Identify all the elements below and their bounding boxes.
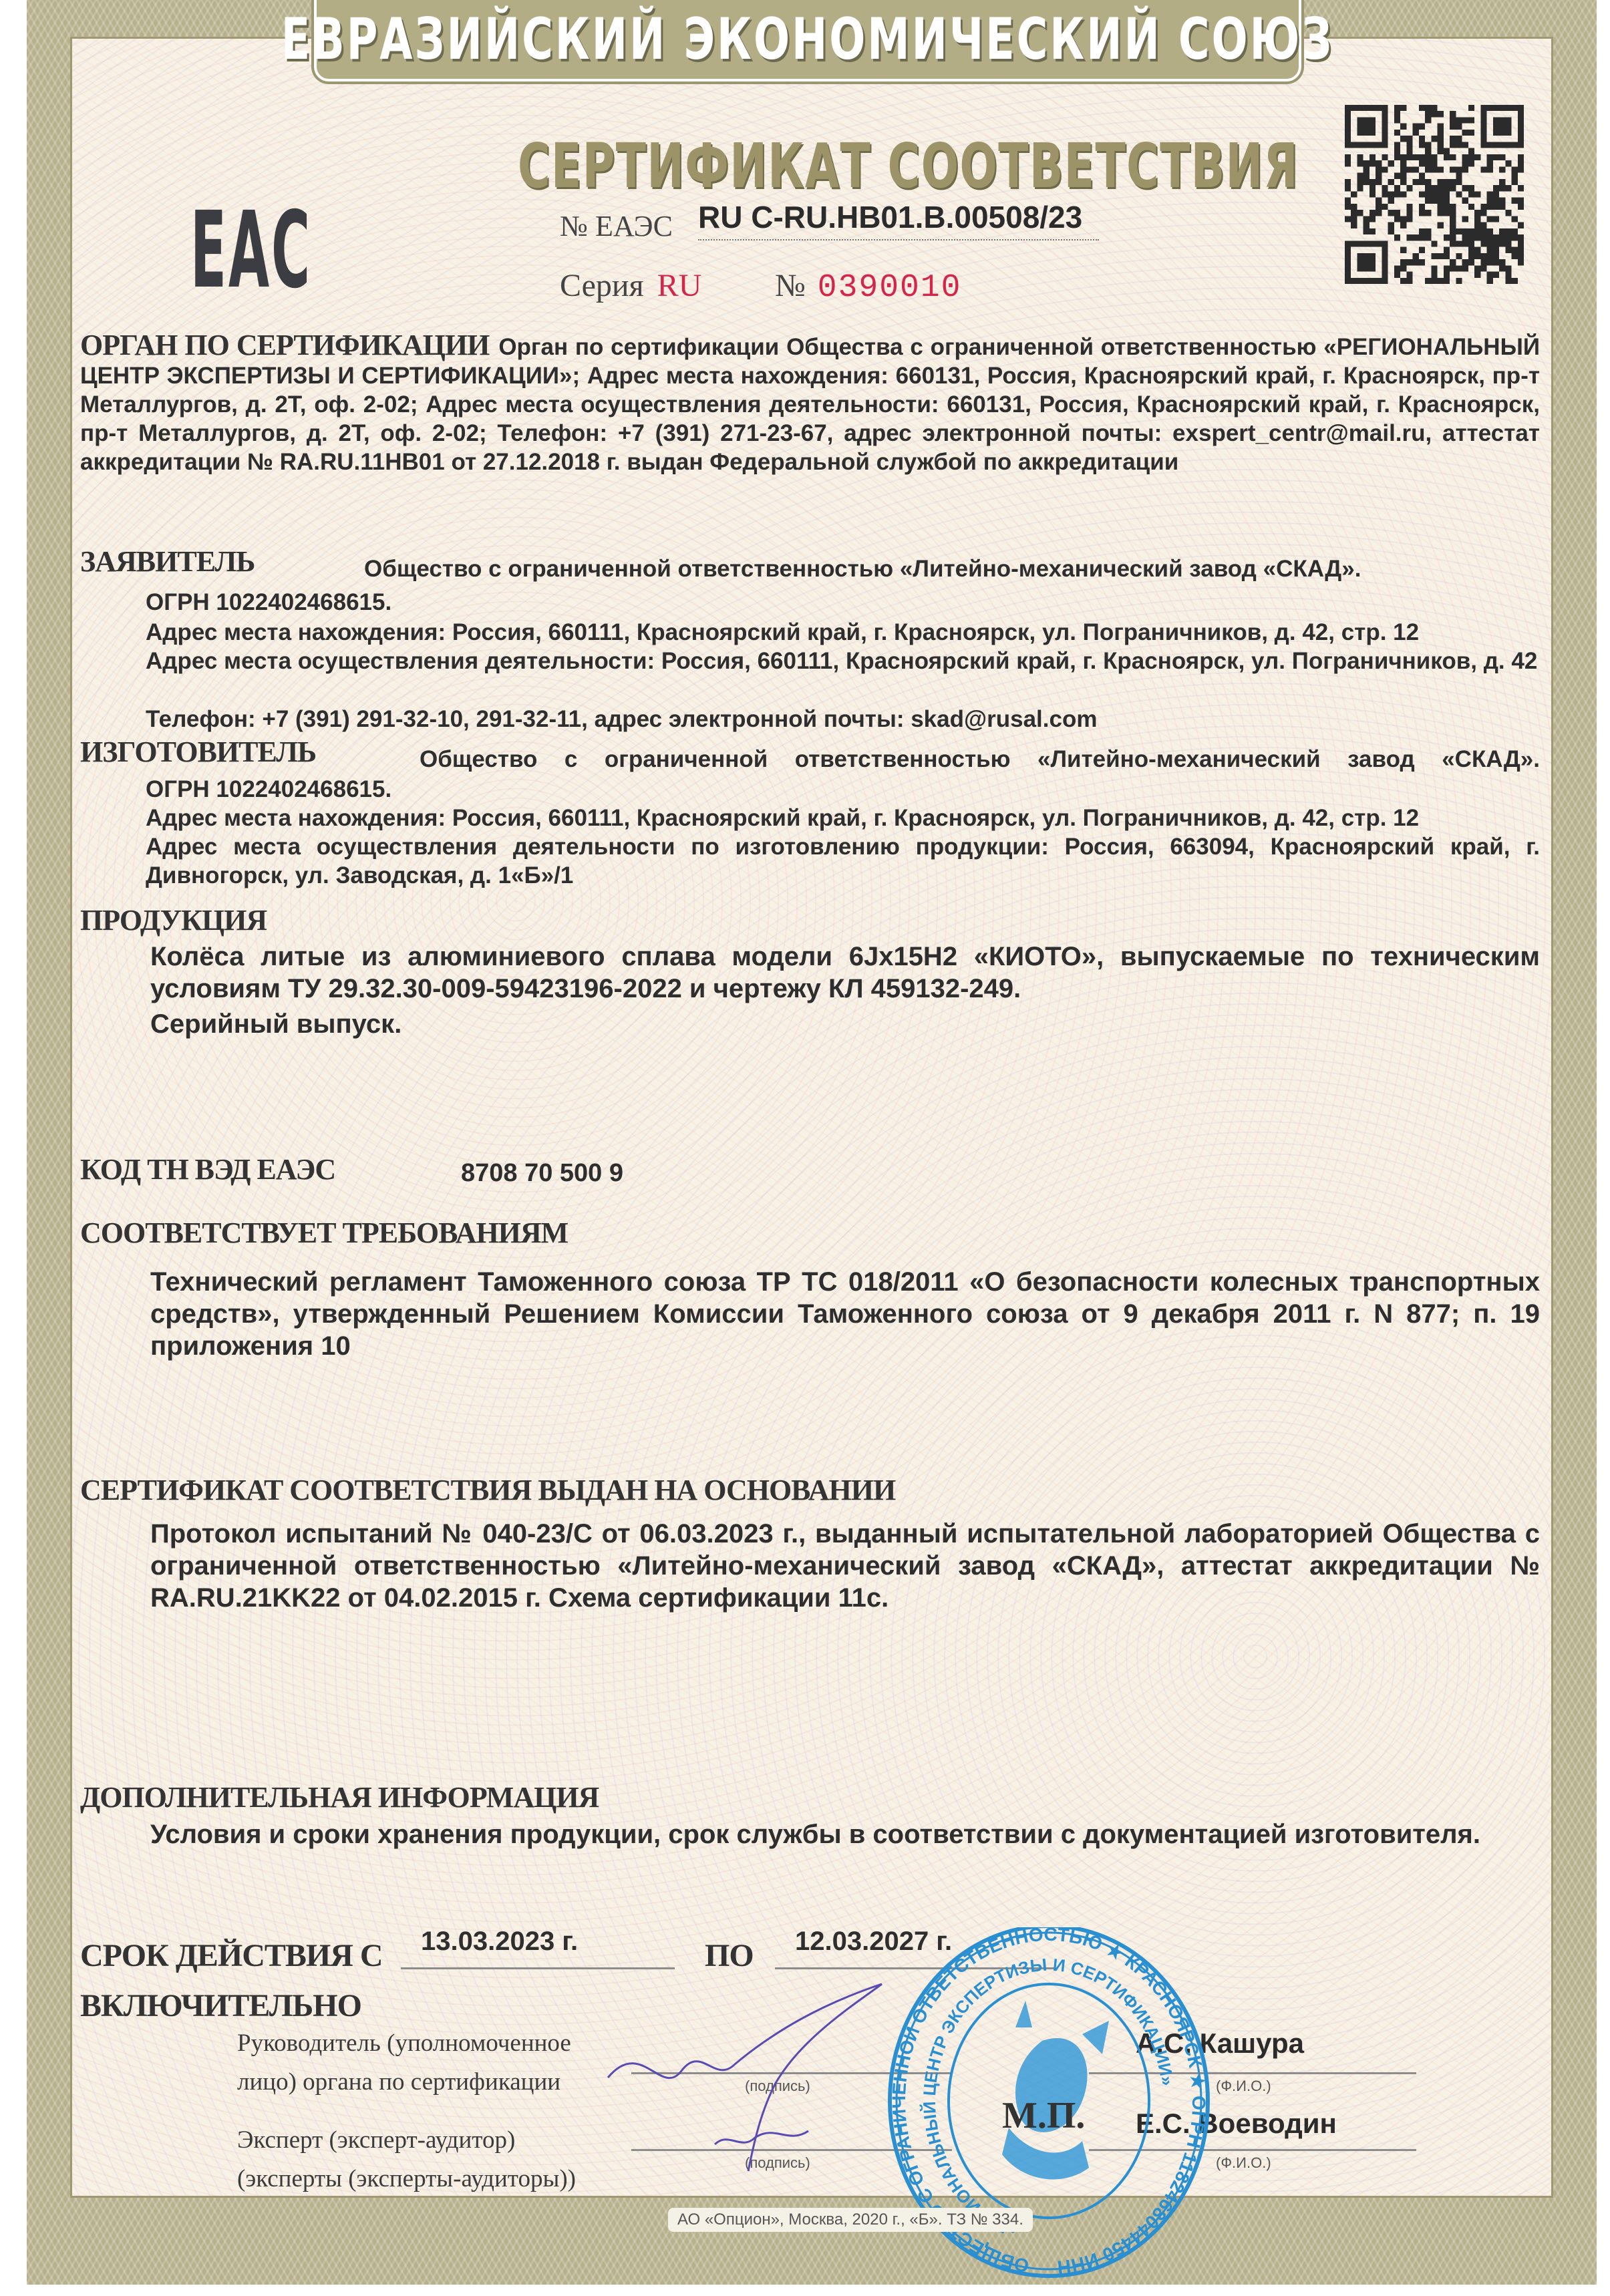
validity-inclusive-label: ВКЛЮЧИТЕЛЬНО	[80, 1987, 361, 2024]
validity-from-underline	[401, 1967, 675, 1969]
union-title: ЕВРАЗИЙСКИЙ ЭКОНОМИЧЕСКИЙ СОЮЗ	[281, 6, 1334, 73]
manufacturer-ogrn: ОГРН 1022402468615.	[146, 775, 391, 804]
applicant-legal-address: Адрес места нахождения: Россия, 660111, …	[146, 618, 1540, 647]
qr-code-icon	[1344, 105, 1524, 284]
hs-code-value: 8708 70 500 9	[461, 1159, 623, 1188]
eac-logo-icon: ЕАС	[190, 189, 312, 312]
hs-code-heading: КОД ТН ВЭД ЕАЭС	[80, 1152, 335, 1186]
product-description: Колёса литые из алюминиевого сплава моде…	[150, 941, 1540, 1005]
manufacturer-heading: ИЗГОТОВИТЕЛЬ	[80, 735, 316, 769]
applicant-ogrn: ОГРН 1022402468615.	[146, 588, 391, 617]
printer-imprint: АО «Опцион», Москва, 2020 г., «Б». ТЗ № …	[668, 2208, 1033, 2232]
document-title: СЕРТИФИКАТ СООТВЕТСТВИЯ	[518, 130, 1119, 202]
manufacturer-name: Общество с ограниченной ответственностью…	[420, 745, 1540, 774]
additional-info-heading: ДОПОЛНИТЕЛЬНАЯ ИНФОРМАЦИЯ	[80, 1780, 599, 1814]
official-seal-icon: ОБЩЕСТВО С ОГРАНИЧЕННОЙ ОТВЕТСТВЕННОСТЬЮ…	[882, 1927, 1216, 2296]
product-production-type: Серийный выпуск.	[150, 1010, 401, 1039]
applicant-contacts: Телефон: +7 (391) 291-32-10, 291-32-11, …	[146, 705, 1540, 733]
head-name-caption: (Ф.И.О.)	[1216, 2078, 1271, 2095]
additional-info-text: Условия и сроки хранения продукции, срок…	[150, 1818, 1540, 1850]
basis-heading: СЕРТИФИКАТ СООТВЕТСТВИЯ ВЫДАН НА ОСНОВАН…	[80, 1473, 895, 1507]
manufacturer-production-address: Адрес места осуществления деятельности п…	[146, 832, 1540, 890]
applicant-heading: ЗАЯВИТЕЛЬ	[80, 544, 255, 579]
validity-from-label: СРОК ДЕЙСТВИЯ С	[80, 1937, 383, 1974]
applicant-activity-address: Адрес места осуществления деятельности: …	[146, 647, 1540, 675]
series-value: RU	[657, 268, 702, 303]
series: СерияRU	[560, 267, 701, 304]
form-number: №0390010	[775, 267, 961, 306]
form-number-label: №	[775, 268, 806, 303]
certificate-number-label: № ЕАЭС	[560, 209, 673, 243]
manufacturer-legal-address: Адрес места нахождения: Россия, 660111, …	[146, 804, 1540, 832]
head-label: Руководитель (уполномоченное лицо) орган…	[237, 2024, 571, 2102]
basis-text: Протокол испытаний № 040-23/С от 06.03.2…	[150, 1518, 1540, 1614]
validity-date-from: 13.03.2023 г.	[421, 1927, 578, 1956]
form-number-value: 0390010	[818, 270, 962, 306]
expert-label: Эксперт (эксперт-аудитор) (эксперты (экс…	[237, 2121, 576, 2198]
union-banner: ЕВРАЗИЙСКИЙ ЭКОНОМИЧЕСКИЙ СОЮЗ	[314, 0, 1301, 81]
certification-body-heading: ОРГАН ПО СЕРТИФИКАЦИИ	[80, 329, 489, 361]
certification-body-section: ОРГАН ПО СЕРТИФИКАЦИИОрган по сертификац…	[80, 331, 1540, 476]
validity-to-label: ПО	[705, 1937, 754, 1974]
certificate-number: RU C-RU.HB01.B.00508/23	[698, 199, 1082, 235]
number-underline	[698, 239, 1099, 240]
svg-text:М.П.: М.П.	[1002, 2095, 1085, 2136]
product-heading: ПРОДУКЦИЯ	[80, 903, 267, 937]
requirements-text: Технический регламент Таможенного союза …	[150, 1266, 1540, 1362]
requirements-heading: СООТВЕТСТВУЕТ ТРЕБОВАНИЯМ	[80, 1216, 568, 1250]
series-label: Серия	[560, 268, 644, 303]
expert-name-caption: (Ф.И.О.)	[1216, 2154, 1271, 2172]
applicant-name: Общество с ограниченной ответственностью…	[364, 554, 1500, 583]
